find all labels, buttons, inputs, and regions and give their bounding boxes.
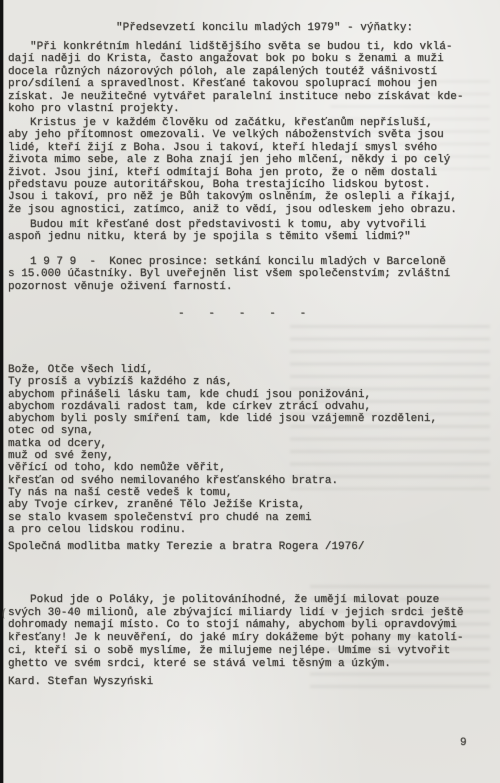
quote-paragraph-poles: Pokud jde o Poláky, je politováníhodné, … — [8, 594, 494, 670]
prayer-attribution: Společná modlitba matky Terezie a bratra… — [8, 541, 494, 553]
signature-line: Kard. Stefan Wyszyński — [8, 676, 153, 688]
scanned-document-page: "Předsevzetí koncilu mladých 1979" - výň… — [0, 0, 500, 783]
section-divider-dashes: - - - - - — [178, 308, 307, 320]
excerpt-paragraph-3: Budou mít křesťané dost představivosti k… — [8, 219, 494, 244]
prayer-text: Bože, Otče všech lidí, Ty prosíš a vybíz… — [8, 364, 494, 536]
excerpt-paragraph-1: "Při konkrétním hledání lidštějšího svět… — [8, 41, 494, 115]
scan-edge-strip — [0, 0, 4, 783]
excerpt-paragraph-2: Kristus je v každém člověku od začátku, … — [8, 117, 494, 216]
excerpt-paragraph-1979: 1 9 7 9 - Konec prosince: setkání koncil… — [8, 256, 494, 293]
document-title: "Předsevzetí koncilu mladých 1979" - výň… — [116, 22, 413, 34]
page-number: 9 — [460, 737, 467, 749]
